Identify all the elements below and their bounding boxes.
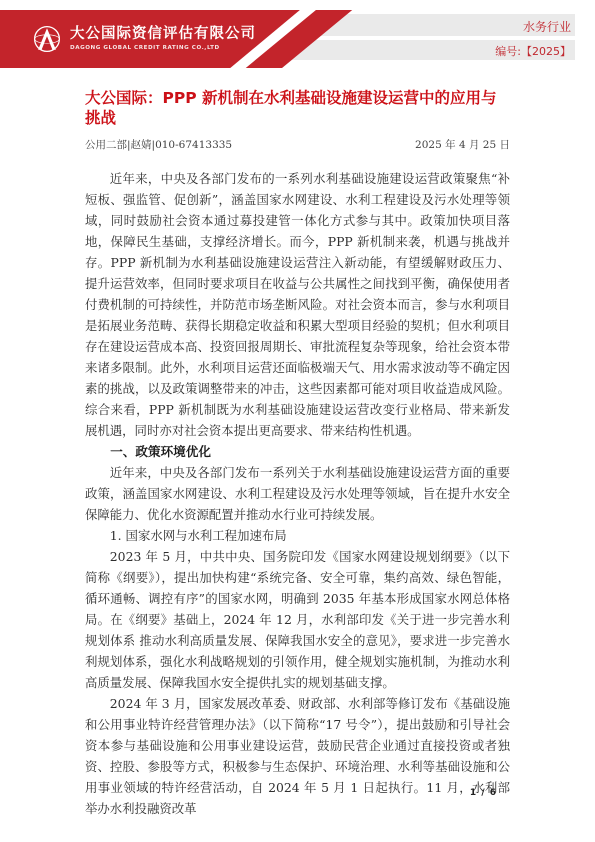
paragraph-policy-overview: 近年来，中央及各部门发布一系列关于水利基础设施建设运营方面的重要政策，涵盖国家水… — [85, 462, 510, 525]
company-name: 大公国际资信评估有限公司 DAGONG GLOBAL CREDIT RATING… — [70, 27, 256, 51]
byline-date: 2025 年 4 月 25 日 — [415, 137, 510, 152]
report-page: 大公国际资信评估有限公司 DAGONG GLOBAL CREDIT RATING… — [0, 0, 595, 842]
doc-number: 编号:【2025】 — [495, 43, 571, 59]
report-title: 大公国际：PPP 新机制在水利基础设施建设运营中的应用与挑战 — [85, 88, 510, 128]
header-banner: 大公国际资信评估有限公司 DAGONG GLOBAL CREDIT RATING… — [0, 0, 595, 85]
section-heading-policy: 一、政策环境优化 — [85, 441, 510, 462]
report-body: 近年来，中央及各部门发布的一系列水利基础设施建设运营政策聚焦“补短板、强监管、促… — [85, 168, 510, 819]
company-logo: 大公国际资信评估有限公司 DAGONG GLOBAL CREDIT RATING… — [32, 24, 256, 54]
industry-tag: 水务行业 — [523, 18, 571, 35]
company-name-en: DAGONG GLOBAL CREDIT RATING CO.,LTD — [70, 45, 256, 51]
paragraph-intro: 近年来，中央及各部门发布的一系列水利基础设施建设运营政策聚焦“补短板、强监管、促… — [85, 168, 510, 441]
page-number: 1 / 6 — [470, 788, 497, 798]
content-area: 大公国际：PPP 新机制在水利基础设施建设运营中的应用与挑战 公用二部|赵婧|0… — [85, 88, 510, 819]
byline: 公用二部|赵婧|010-67413335 2025 年 4 月 25 日 — [85, 137, 510, 152]
subsection-heading-water-network: 1. 国家水网与水利工程加速布局 — [85, 525, 510, 546]
globe-emblem-icon — [32, 24, 62, 54]
paragraph-water-network: 2023 年 5 月，中共中央、国务院印发《国家水网建设规划纲要》（以下简称《纲… — [85, 546, 510, 693]
company-name-cn: 大公国际资信评估有限公司 — [70, 27, 256, 43]
paragraph-franchise-measures: 2024 年 3 月，国家发展改革委、财政部、水利部等修订发布《基础设施和公用事… — [85, 693, 510, 819]
byline-author: 公用二部|赵婧|010-67413335 — [85, 137, 232, 152]
